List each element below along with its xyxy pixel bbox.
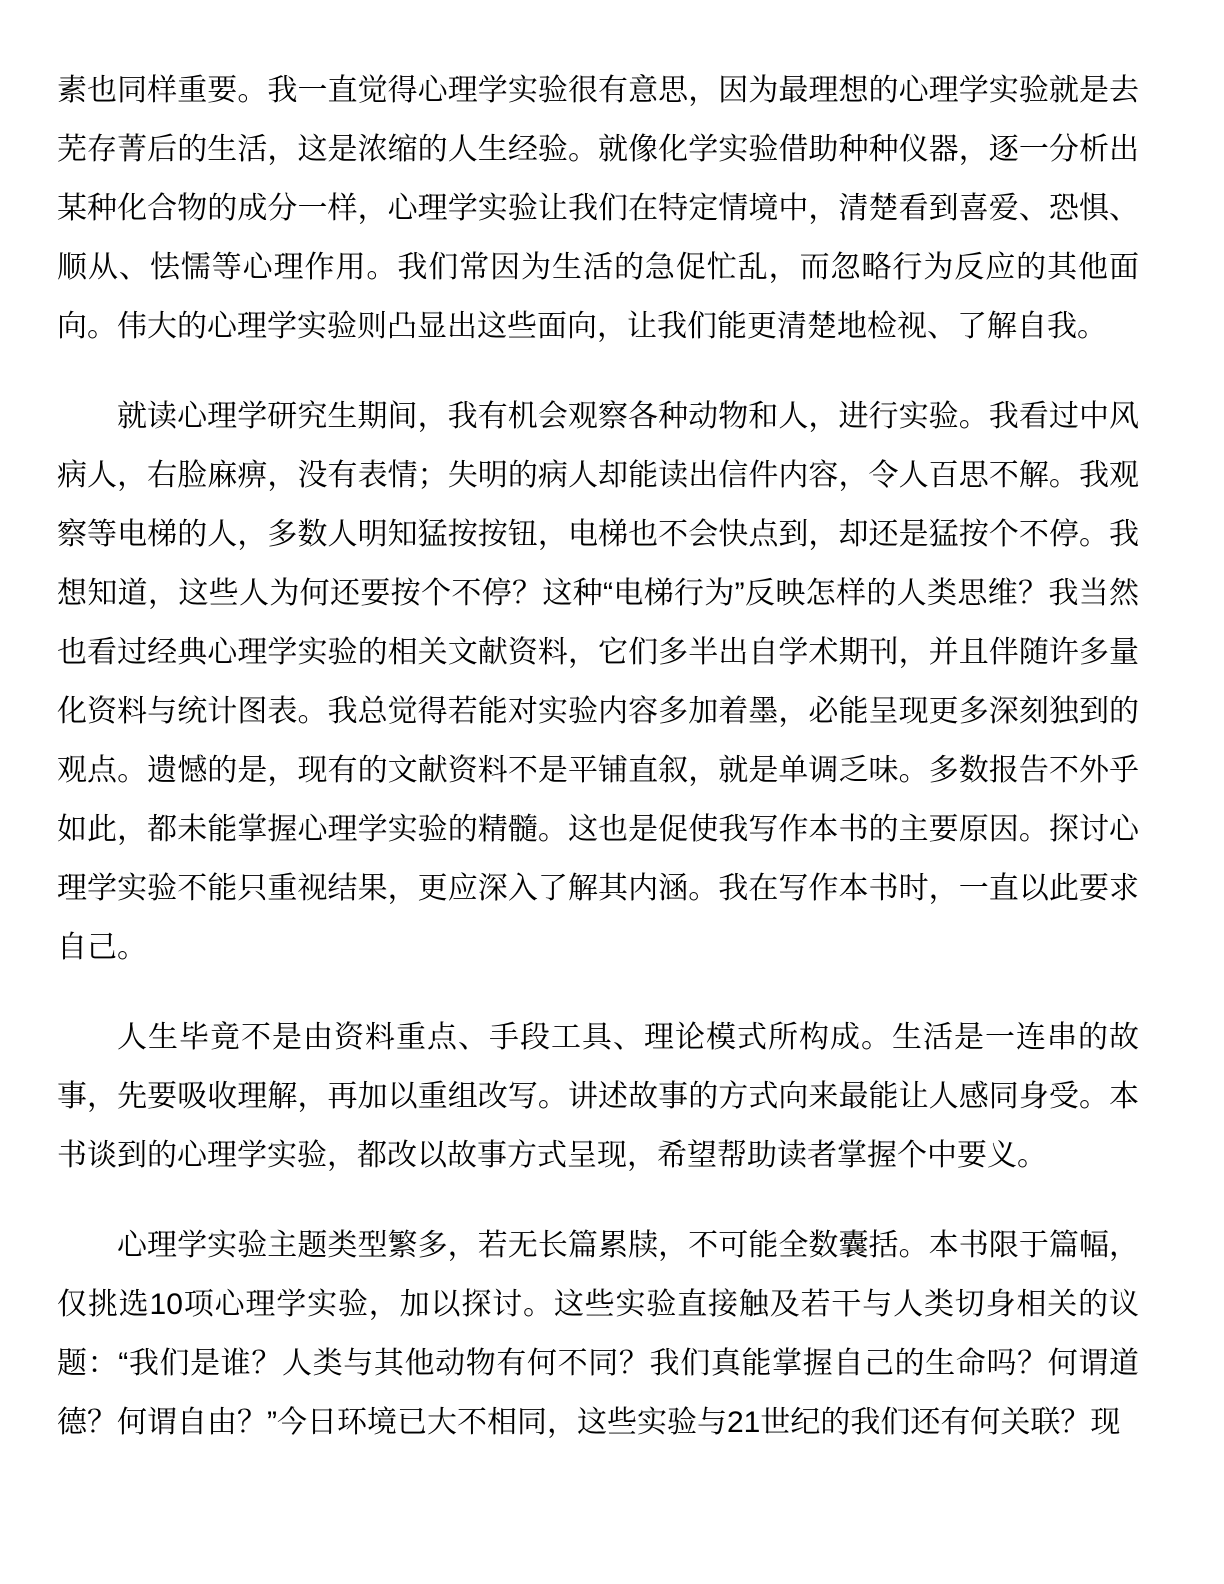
paragraph-2: 就读心理学研究生期间，我有机会观察各种动物和人，进行实验。我看过中风病人，右脸麻…	[57, 387, 1139, 977]
paragraph-4: 心理学实验主题类型繁多，若无长篇累牍，不可能全数囊括。本书限于篇幅，仅挑选10项…	[57, 1216, 1139, 1452]
paragraph-3: 人生毕竟不是由资料重点、手段工具、理论模式所构成。生活是一连串的故事，先要吸收理…	[57, 1008, 1139, 1185]
book-page: 素也同样重要。我一直觉得心理学实验很有意思，因为最理想的心理学实验就是去芜存菁后…	[0, 0, 1224, 1584]
paragraph-1: 素也同样重要。我一直觉得心理学实验很有意思，因为最理想的心理学实验就是去芜存菁后…	[57, 61, 1139, 356]
